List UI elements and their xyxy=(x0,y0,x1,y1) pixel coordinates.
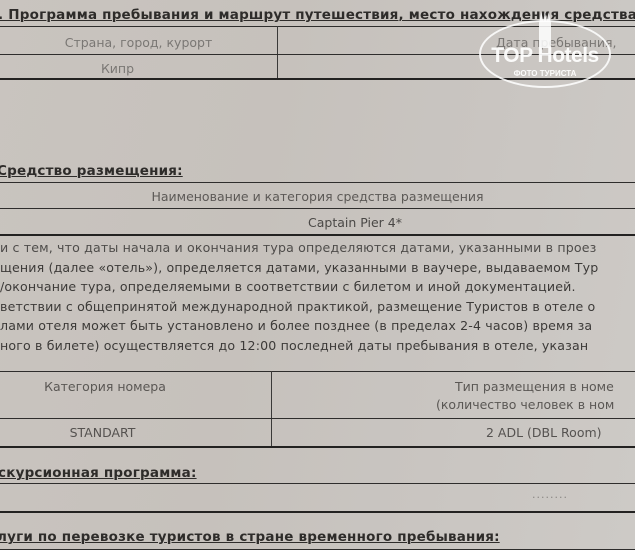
accommodation-type-value: 2 ADL (DBL Room) xyxy=(486,425,602,440)
excursion-section-heading: скурсионная программа: xyxy=(0,465,197,481)
room-table-bottom-border xyxy=(0,446,635,448)
room-table-divider xyxy=(271,371,272,447)
accommodation-table-top-border xyxy=(0,182,635,183)
transport-section-heading: луги по перевозке туристов в стране врем… xyxy=(0,529,500,545)
terms-line: /окончание тура, определяемыми в соответ… xyxy=(0,277,598,297)
program-col-country-header: Страна, город, курорт xyxy=(0,35,277,50)
accommodation-table-bottom-border xyxy=(0,234,635,236)
terms-line: ного в билете) осуществляется до 12:00 п… xyxy=(0,336,598,356)
room-table-top-border xyxy=(0,371,635,372)
hotel-name-value: Captain Pier 4* xyxy=(0,215,635,230)
tophotels-watermark: TOP Hotels ФОТО ТУРИСТА xyxy=(479,20,611,88)
excursion-table-bottom-border xyxy=(0,511,635,513)
terms-line: лами отеля может быть установлено и боле… xyxy=(0,316,598,336)
crown-logo-icon xyxy=(539,12,551,48)
watermark-brand: TOP Hotels xyxy=(481,44,609,68)
watermark-caption: ФОТО ТУРИСТА xyxy=(481,69,609,78)
room-category-header: Категория номера xyxy=(0,379,210,394)
accommodation-type-header-line2: (количество человек в ном xyxy=(436,397,614,412)
accommodation-table-row-border xyxy=(0,208,635,209)
excursion-value: ........ xyxy=(532,488,568,501)
terms-paragraph: и с тем, что даты начала и окончания тур… xyxy=(0,238,598,355)
program-country-value: Кипр xyxy=(0,61,235,76)
terms-line: и с тем, что даты начала и окончания тур… xyxy=(0,238,598,258)
program-table-divider xyxy=(277,26,278,78)
room-category-value: STANDART xyxy=(0,425,205,440)
accommodation-type-header-line1: Тип размещения в номе xyxy=(455,379,614,394)
accommodation-table-header: Наименование и категория средства размещ… xyxy=(0,189,635,204)
excursion-table-top-border xyxy=(0,483,635,484)
terms-line: щения (далее «отель»), определяется дата… xyxy=(0,258,598,278)
accommodation-section-heading: Средство размещения: xyxy=(0,163,183,179)
room-table-row-border xyxy=(0,418,635,419)
terms-line: ветствии с общепринятой международной пр… xyxy=(0,297,598,317)
